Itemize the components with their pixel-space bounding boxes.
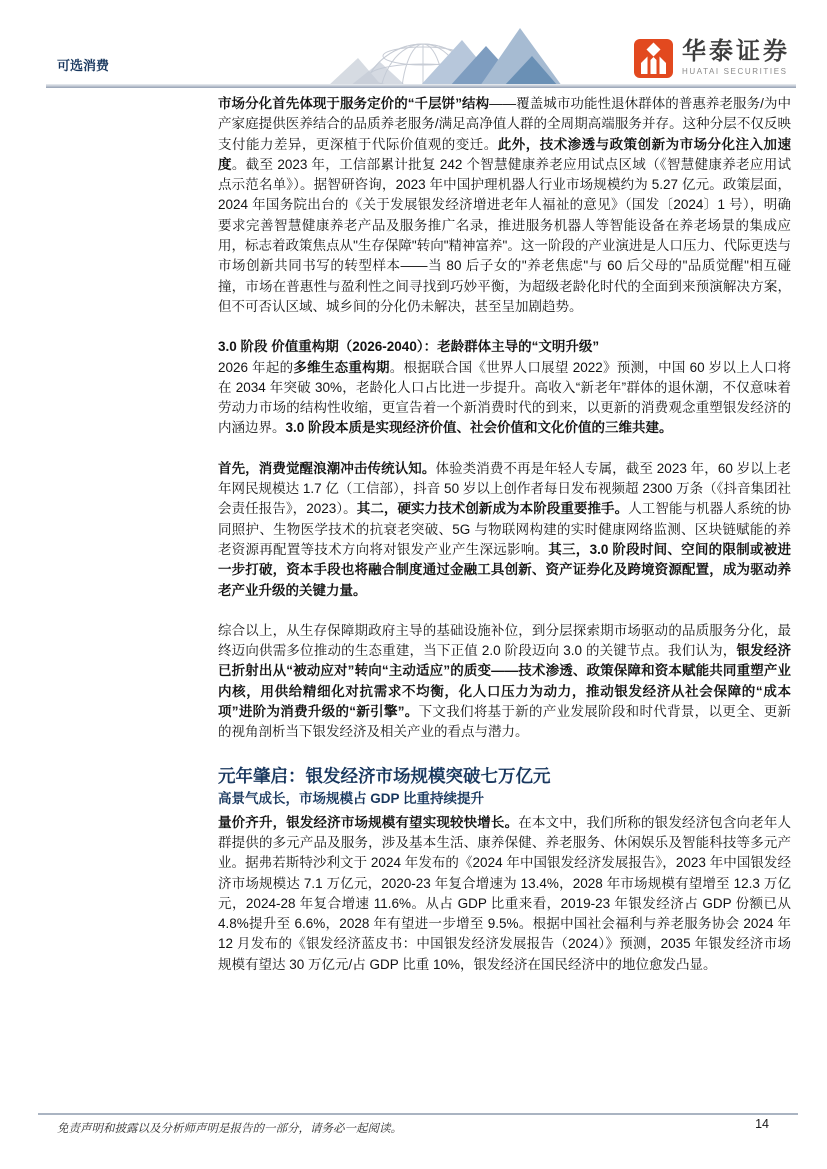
- header-divider: [46, 84, 796, 88]
- document-body: 市场分化首先体现于服务定价的“千层饼”结构——覆盖城市功能性退休群体的普惠养老服…: [218, 94, 791, 995]
- globe-watermark-graphic: [328, 16, 568, 86]
- paragraph: 2026 年起的多维生态重构期。根据联合国《世界人口展望 2022》预测，中国 …: [218, 358, 791, 439]
- huatai-logo-name-cn: 华泰证券: [682, 39, 790, 65]
- report-page: 可选消费 华泰证券 HUATAI SECURITIES: [0, 0, 827, 1169]
- paragraph: 综合以上，从生存保障期政府主导的基础设施补位，到分层探索期市场驱动的品质服务分化…: [218, 621, 791, 743]
- paragraph: 量价齐升，银发经济市场规模有望实现较快增长。在本文中，我们所称的银发经济包含向老…: [218, 813, 791, 975]
- section-title: 元年肇启：银发经济市场规模突破七万亿元: [218, 763, 791, 789]
- page-number: 14: [755, 1117, 769, 1131]
- footer-divider: [38, 1113, 798, 1115]
- disclaimer-text: 免责声明和披露以及分析师声明是报告的一部分，请务必一起阅读。: [57, 1120, 402, 1136]
- paragraph: 市场分化首先体现于服务定价的“千层饼”结构——覆盖城市功能性退休群体的普惠养老服…: [218, 94, 791, 317]
- paragraph-heading: 3.0 阶段 价值重构期（2026-2040）：老龄群体主导的“文明升级”: [218, 337, 791, 357]
- huatai-logo-text: 华泰证券 HUATAI SECURITIES: [682, 39, 790, 76]
- paragraph: 首先，消费觉醒浪潮冲击传统认知。体验类消费不再是年轻人专属，截至 2023 年，…: [218, 459, 791, 601]
- huatai-logo: 华泰证券 HUATAI SECURITIES: [634, 39, 790, 78]
- huatai-logo-name-en: HUATAI SECURITIES: [682, 67, 790, 76]
- subsection-title: 高景气成长，市场规模占 GDP 比重持续提升: [218, 789, 791, 809]
- report-category-label: 可选消费: [57, 55, 109, 74]
- huatai-logo-icon: [634, 39, 673, 78]
